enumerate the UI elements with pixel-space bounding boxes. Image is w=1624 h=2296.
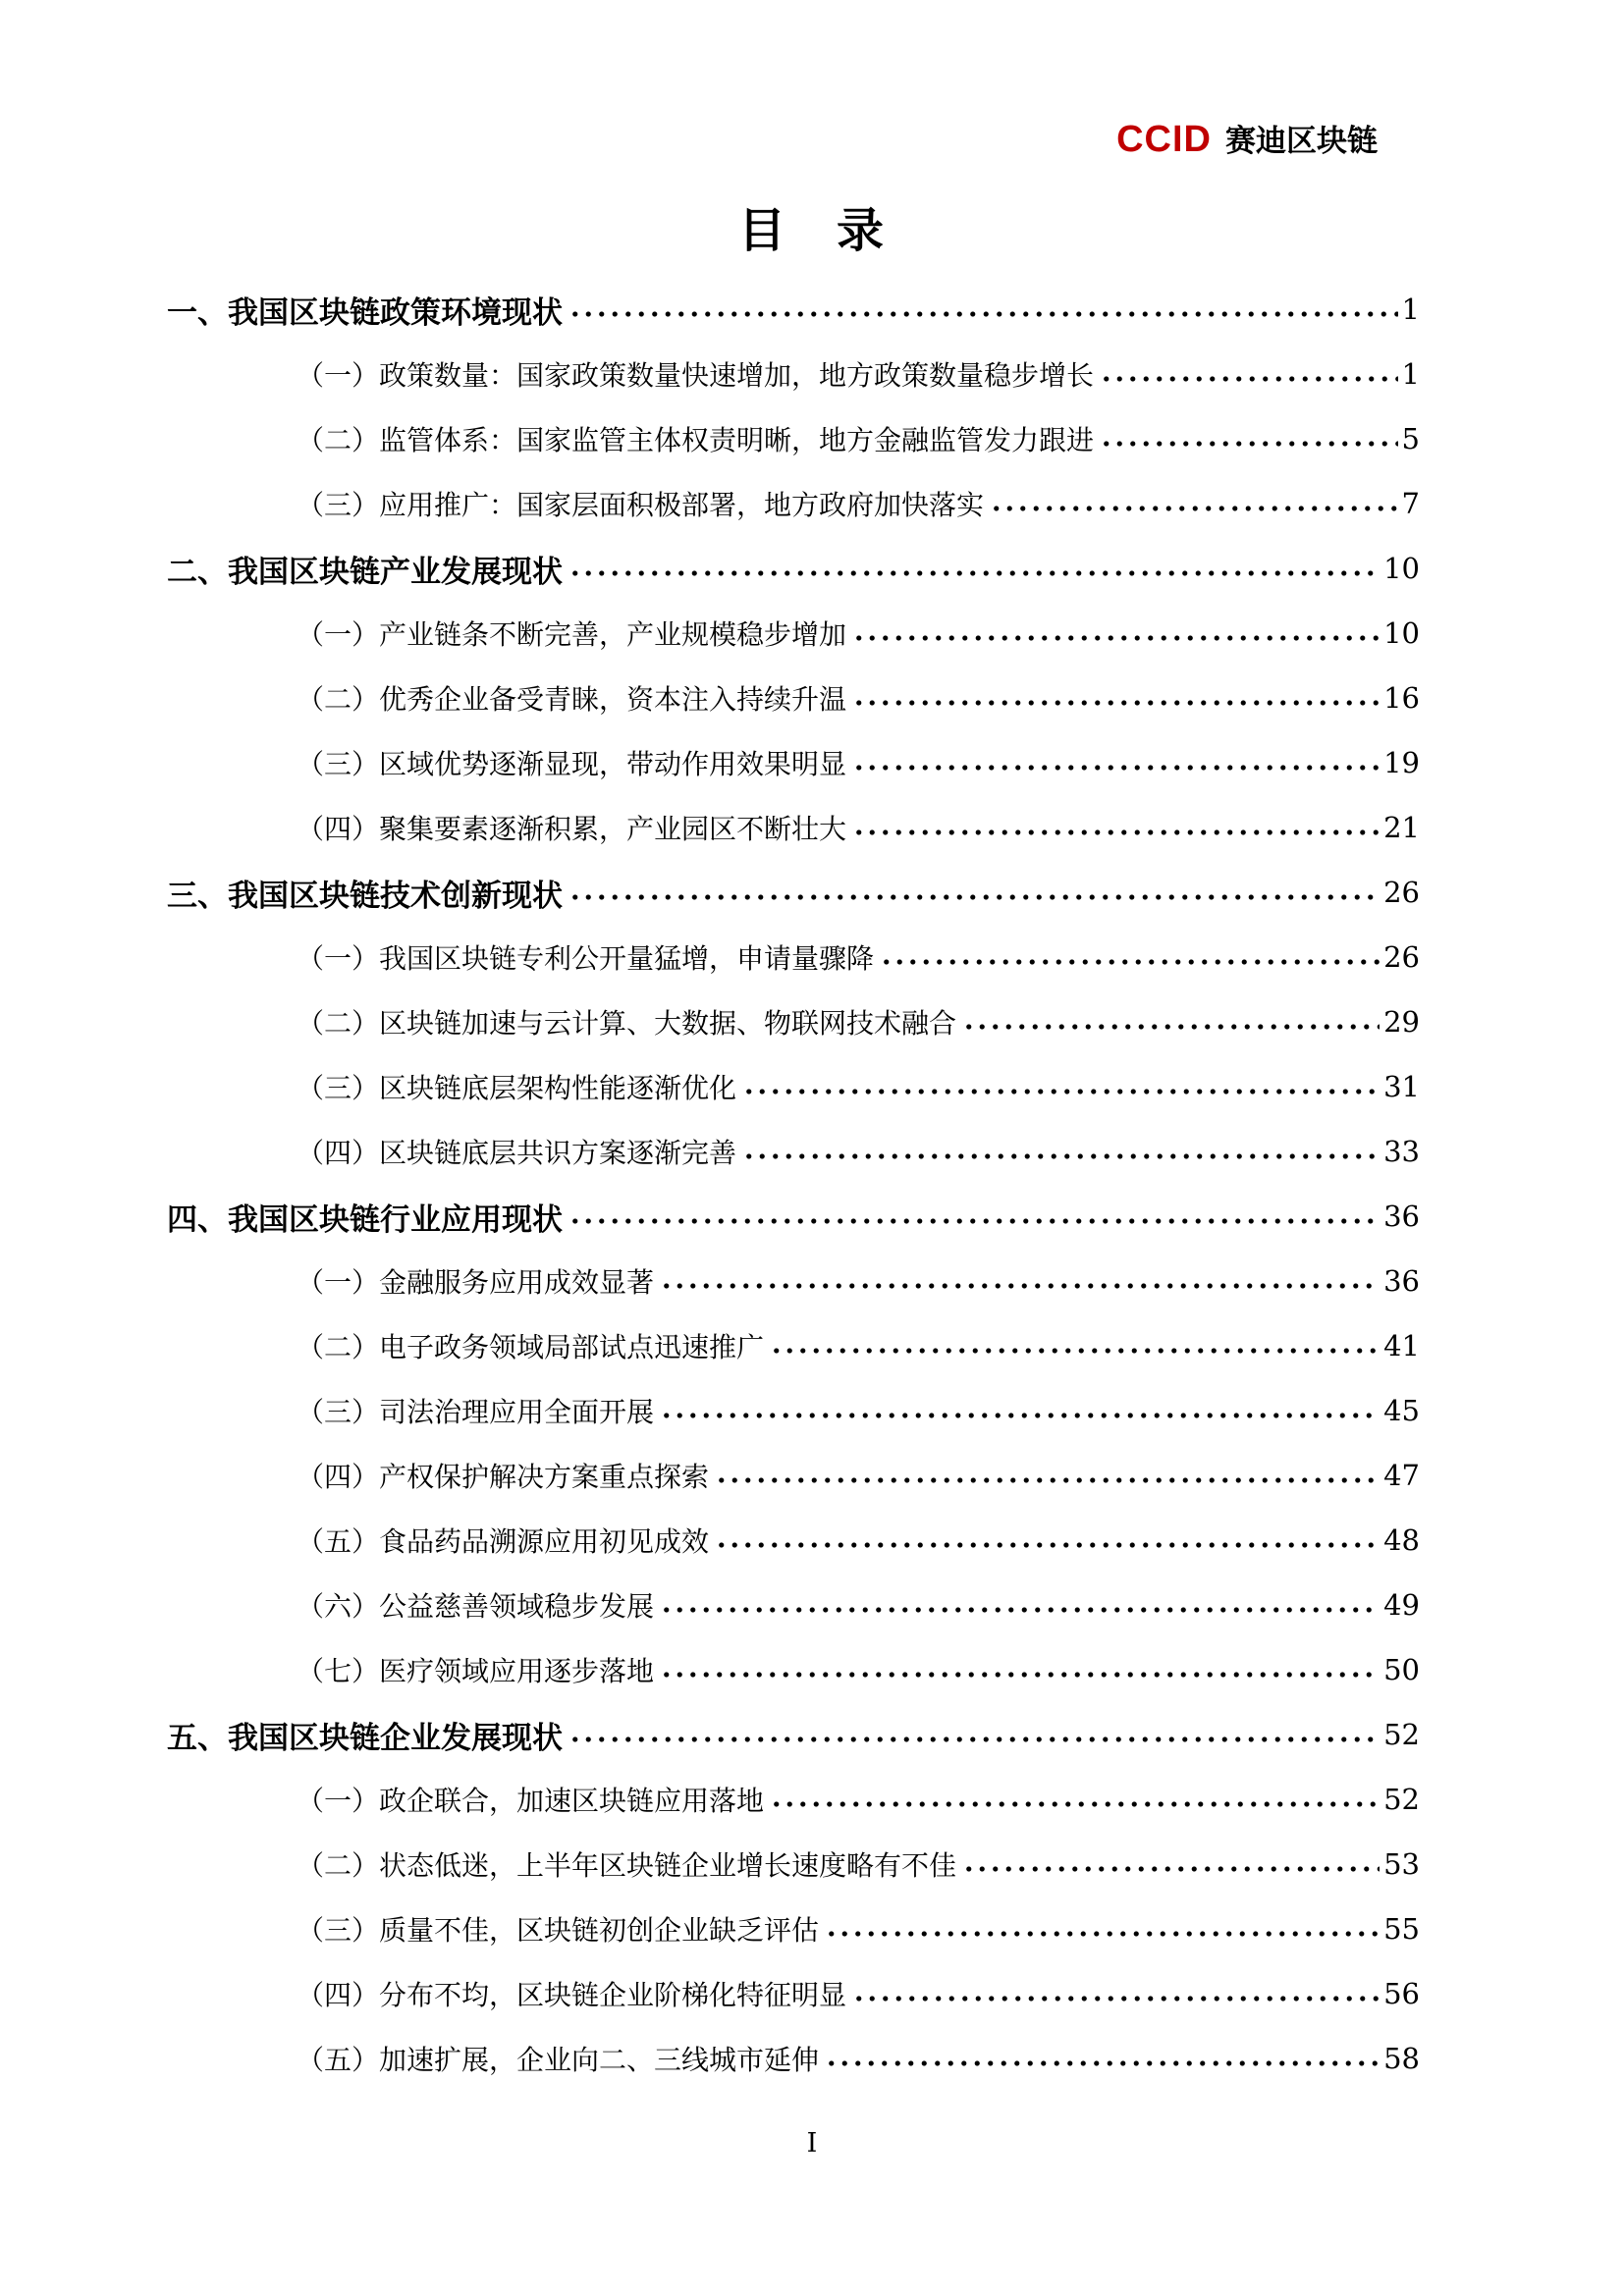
- toc-entry: （二）监管体系：国家监管主体权责明晰，地方金融监管发力跟进 5: [167, 406, 1420, 471]
- toc-entry-label: 二、我国区块链产业发展现状: [167, 547, 563, 591]
- brand-logo: CCID 赛迪区块链: [1116, 116, 1378, 161]
- dot-leader: [742, 1077, 1380, 1106]
- dot-leader: [770, 1336, 1380, 1365]
- toc-entry-page: 5: [1402, 422, 1420, 455]
- dot-leader: [852, 623, 1380, 653]
- toc-entry-label: （三）司法治理应用全面开展: [297, 1391, 654, 1430]
- dot-leader: [852, 818, 1380, 847]
- toc-entry-page: 48: [1383, 1523, 1420, 1557]
- toc-entry-label: 三、我国区块链技术创新现状: [167, 871, 563, 915]
- toc-entry: （三）司法治理应用全面开展 45: [167, 1378, 1420, 1443]
- brand-logo-ccid: CCID: [1116, 119, 1212, 161]
- toc-entry: （一）产业链条不断完善，产业规模稳步增加 10: [167, 601, 1420, 666]
- toc-entry-page: 16: [1383, 681, 1420, 715]
- dot-leader: [660, 1660, 1380, 1689]
- toc-entry: （一）金融服务应用成效显著 36: [167, 1249, 1420, 1313]
- toc-entry-label: （四）区块链底层共识方案逐渐完善: [297, 1132, 736, 1171]
- toc-entry-label: （七）医疗领域应用逐步落地: [297, 1650, 654, 1689]
- toc-entry: （七）医疗领域应用逐步落地 50: [167, 1637, 1420, 1702]
- dot-leader: [825, 1919, 1380, 1949]
- toc-entry-label: （三）质量不佳，区块链初创企业缺乏评估: [297, 1909, 819, 1949]
- toc-entry-label: （四）分布不均，区块链企业阶梯化特征明显: [297, 1974, 846, 2013]
- dot-leader: [660, 1271, 1380, 1301]
- footer-page-number: I: [0, 2128, 1624, 2159]
- toc-entry: 一、我国区块链政策环境现状 1: [167, 277, 1420, 342]
- toc-entry-page: 36: [1383, 1264, 1420, 1298]
- toc-entry-page: 10: [1383, 616, 1420, 650]
- dot-leader: [660, 1401, 1380, 1430]
- toc-entry-label: （二）区块链加速与云计算、大数据、物联网技术融合: [297, 1002, 956, 1041]
- toc-entry-label: （三）区块链底层架构性能逐渐优化: [297, 1067, 736, 1106]
- toc-entry: （三）区块链底层架构性能逐渐优化 31: [167, 1054, 1420, 1119]
- toc-entry-label: 四、我国区块链行业应用现状: [167, 1195, 563, 1239]
- toc-entry-page: 19: [1383, 746, 1420, 779]
- toc-entry-page: 1: [1402, 293, 1420, 326]
- toc-entry-label: （六）公益慈善领域稳步发展: [297, 1585, 654, 1625]
- toc-entry-label: 五、我国区块链企业发展现状: [167, 1713, 563, 1757]
- toc-entry-page: 29: [1383, 1005, 1420, 1039]
- dot-leader: [568, 1206, 1380, 1236]
- toc-entry-label: （一）政企联合，加速区块链应用落地: [297, 1780, 764, 1819]
- toc-entry-page: 10: [1383, 552, 1420, 585]
- toc-entry-page: 56: [1383, 1977, 1420, 2010]
- toc-entry: （二）电子政务领域局部试点迅速推广 41: [167, 1313, 1420, 1378]
- toc-entry-label: （五）加速扩展，企业向二、三线城市延伸: [297, 2039, 819, 2078]
- toc-entry: （四）产权保护解决方案重点探索 47: [167, 1443, 1420, 1508]
- dot-leader: [715, 1466, 1380, 1495]
- dot-leader: [568, 299, 1398, 329]
- dot-leader: [660, 1595, 1380, 1625]
- toc-entry: （三）区域优势逐渐显现，带动作用效果明显 19: [167, 730, 1420, 795]
- toc-entry-label: （一）政策数量：国家政策数量快速增加，地方政策数量稳步增长: [297, 354, 1094, 394]
- dot-leader: [852, 688, 1380, 718]
- dot-leader: [1100, 429, 1398, 458]
- toc-entry-page: 31: [1383, 1070, 1420, 1103]
- dot-leader: [568, 882, 1380, 912]
- toc-entry-page: 58: [1383, 2042, 1420, 2075]
- dot-leader: [852, 1984, 1380, 2013]
- toc-entry-page: 33: [1383, 1135, 1420, 1168]
- toc-entry: （三）质量不佳，区块链初创企业缺乏评估 55: [167, 1896, 1420, 1961]
- toc-entry-label: （四）产权保护解决方案重点探索: [297, 1456, 709, 1495]
- dot-leader: [1100, 364, 1398, 394]
- toc-entry-label: 一、我国区块链政策环境现状: [167, 288, 563, 332]
- toc-entry-page: 36: [1383, 1200, 1420, 1233]
- toc-entry-page: 52: [1383, 1718, 1420, 1751]
- toc-entry-page: 53: [1383, 1847, 1420, 1881]
- dot-leader: [962, 1012, 1380, 1041]
- page-title: 目 录: [0, 192, 1624, 260]
- dot-leader: [770, 1789, 1380, 1819]
- toc-entry-label: （二）电子政务领域局部试点迅速推广: [297, 1326, 764, 1365]
- toc-entry: （二）区块链加速与云计算、大数据、物联网技术融合 29: [167, 989, 1420, 1054]
- toc-entry-page: 55: [1383, 1912, 1420, 1946]
- toc-entry: 三、我国区块链技术创新现状 26: [167, 860, 1420, 925]
- toc-entry-page: 41: [1383, 1329, 1420, 1362]
- toc-entry-page: 47: [1383, 1459, 1420, 1492]
- dot-leader: [962, 1854, 1380, 1884]
- toc-entry-label: （四）聚集要素逐渐积累，产业园区不断壮大: [297, 808, 846, 847]
- dot-leader: [715, 1530, 1380, 1560]
- toc-entry-page: 45: [1383, 1394, 1420, 1427]
- toc-entry: 二、我国区块链产业发展现状 10: [167, 536, 1420, 601]
- toc-entry: （六）公益慈善领域稳步发展 49: [167, 1573, 1420, 1637]
- toc-entry: （四）分布不均，区块链企业阶梯化特征明显 56: [167, 1961, 1420, 2026]
- dot-leader: [990, 494, 1398, 523]
- toc-entry-page: 52: [1383, 1783, 1420, 1816]
- toc-entry: 四、我国区块链行业应用现状 36: [167, 1184, 1420, 1249]
- toc-entry-label: （一）金融服务应用成效显著: [297, 1261, 654, 1301]
- toc-entry: （二）状态低迷，上半年区块链企业增长速度略有不佳 53: [167, 1832, 1420, 1896]
- document-page: CCID 赛迪区块链 目 录 一、我国区块链政策环境现状 1 （一）政策数量：国…: [0, 0, 1624, 2296]
- dot-leader: [568, 1725, 1380, 1754]
- toc-entry-label: （一）我国区块链专利公开量猛增，申请量骤降: [297, 937, 874, 977]
- toc-entry: （四）聚集要素逐渐积累，产业园区不断壮大 21: [167, 795, 1420, 860]
- toc-entry-label: （一）产业链条不断完善，产业规模稳步增加: [297, 614, 846, 653]
- toc-list: 一、我国区块链政策环境现状 1 （一）政策数量：国家政策数量快速增加，地方政策数…: [167, 277, 1420, 2091]
- toc-entry: （四）区块链底层共识方案逐渐完善 33: [167, 1119, 1420, 1184]
- toc-entry-label: （二）监管体系：国家监管主体权责明晰，地方金融监管发力跟进: [297, 419, 1094, 458]
- dot-leader: [742, 1142, 1380, 1171]
- toc-entry: （五）食品药品溯源应用初见成效 48: [167, 1508, 1420, 1573]
- toc-entry-label: （三）区域优势逐渐显现，带动作用效果明显: [297, 743, 846, 782]
- toc-entry: 五、我国区块链企业发展现状 52: [167, 1702, 1420, 1767]
- toc-entry: （三）应用推广：国家层面积极部署，地方政府加快落实 7: [167, 471, 1420, 536]
- toc-entry-label: （二）状态低迷，上半年区块链企业增长速度略有不佳: [297, 1844, 956, 1884]
- dot-leader: [852, 753, 1380, 782]
- toc-entry: （一）政企联合，加速区块链应用落地 52: [167, 1767, 1420, 1832]
- toc-entry-page: 49: [1383, 1588, 1420, 1622]
- toc-entry: （二）优秀企业备受青睐，资本注入持续升温 16: [167, 666, 1420, 730]
- toc-entry-page: 21: [1383, 811, 1420, 844]
- toc-entry: （一）政策数量：国家政策数量快速增加，地方政策数量稳步增长 1: [167, 342, 1420, 406]
- toc-entry-page: 26: [1383, 940, 1420, 974]
- toc-entry-label: （三）应用推广：国家层面积极部署，地方政府加快落实: [297, 484, 984, 523]
- dot-leader: [568, 559, 1380, 588]
- dot-leader: [825, 2049, 1380, 2078]
- toc-entry-page: 26: [1383, 876, 1420, 909]
- toc-entry-label: （二）优秀企业备受青睐，资本注入持续升温: [297, 678, 846, 718]
- toc-entry-page: 1: [1402, 357, 1420, 391]
- toc-entry-page: 50: [1383, 1653, 1420, 1686]
- dot-leader: [880, 947, 1380, 977]
- toc-entry-page: 7: [1402, 487, 1420, 520]
- toc-entry: （五）加速扩展，企业向二、三线城市延伸 58: [167, 2026, 1420, 2091]
- toc-entry-label: （五）食品药品溯源应用初见成效: [297, 1521, 709, 1560]
- toc-entry: （一）我国区块链专利公开量猛增，申请量骤降 26: [167, 925, 1420, 989]
- brand-logo-chinese: 赛迪区块链: [1225, 116, 1378, 160]
